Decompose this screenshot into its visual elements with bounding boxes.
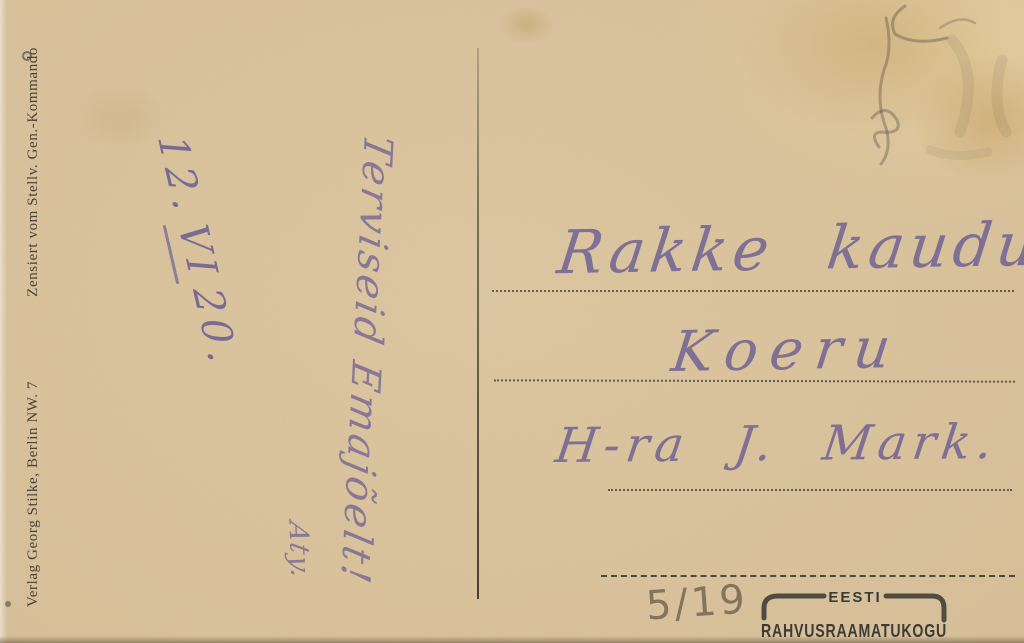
- pencil-number: 5/19: [645, 577, 750, 630]
- edge-imprint: Verlag Georg Stilke, Berlin NW. 7 Zensie…: [23, 47, 43, 607]
- address-rule-1: [492, 290, 1014, 292]
- address-line-1: Rakke kaudu: [554, 210, 1024, 289]
- handwritten-date: 12. VI 20.: [143, 133, 248, 370]
- stamp-line1: EESTI: [828, 589, 881, 606]
- handwritten-message: Terviseid Emajõelt!: [331, 130, 400, 589]
- date-day: 12.: [148, 133, 212, 217]
- date-year: 20.: [183, 286, 247, 370]
- library-stamp: EESTI RAHVUSRAAMATUKOGU: [752, 582, 962, 643]
- censor-imprint: Zensiert vom Stellv. Gen.-Kommando: [25, 47, 42, 297]
- postcard-back: Verlag Georg Stilke, Berlin NW. 7 Zensie…: [0, 0, 1024, 643]
- stamp-line2: RAHVUSRAAMATUKOGU: [761, 621, 947, 641]
- address-rule-4: [601, 575, 1015, 577]
- signature-illegible: Aty.: [282, 519, 315, 583]
- date-month: VI: [163, 220, 228, 285]
- address-line-3: H-ra J. Mark.: [552, 414, 1001, 474]
- publisher-imprint: Verlag Georg Stilke, Berlin NW. 7: [25, 381, 42, 607]
- address-rule-3: [608, 489, 1012, 491]
- divider-line: [477, 48, 479, 599]
- address-line-2: Koeru: [668, 316, 906, 385]
